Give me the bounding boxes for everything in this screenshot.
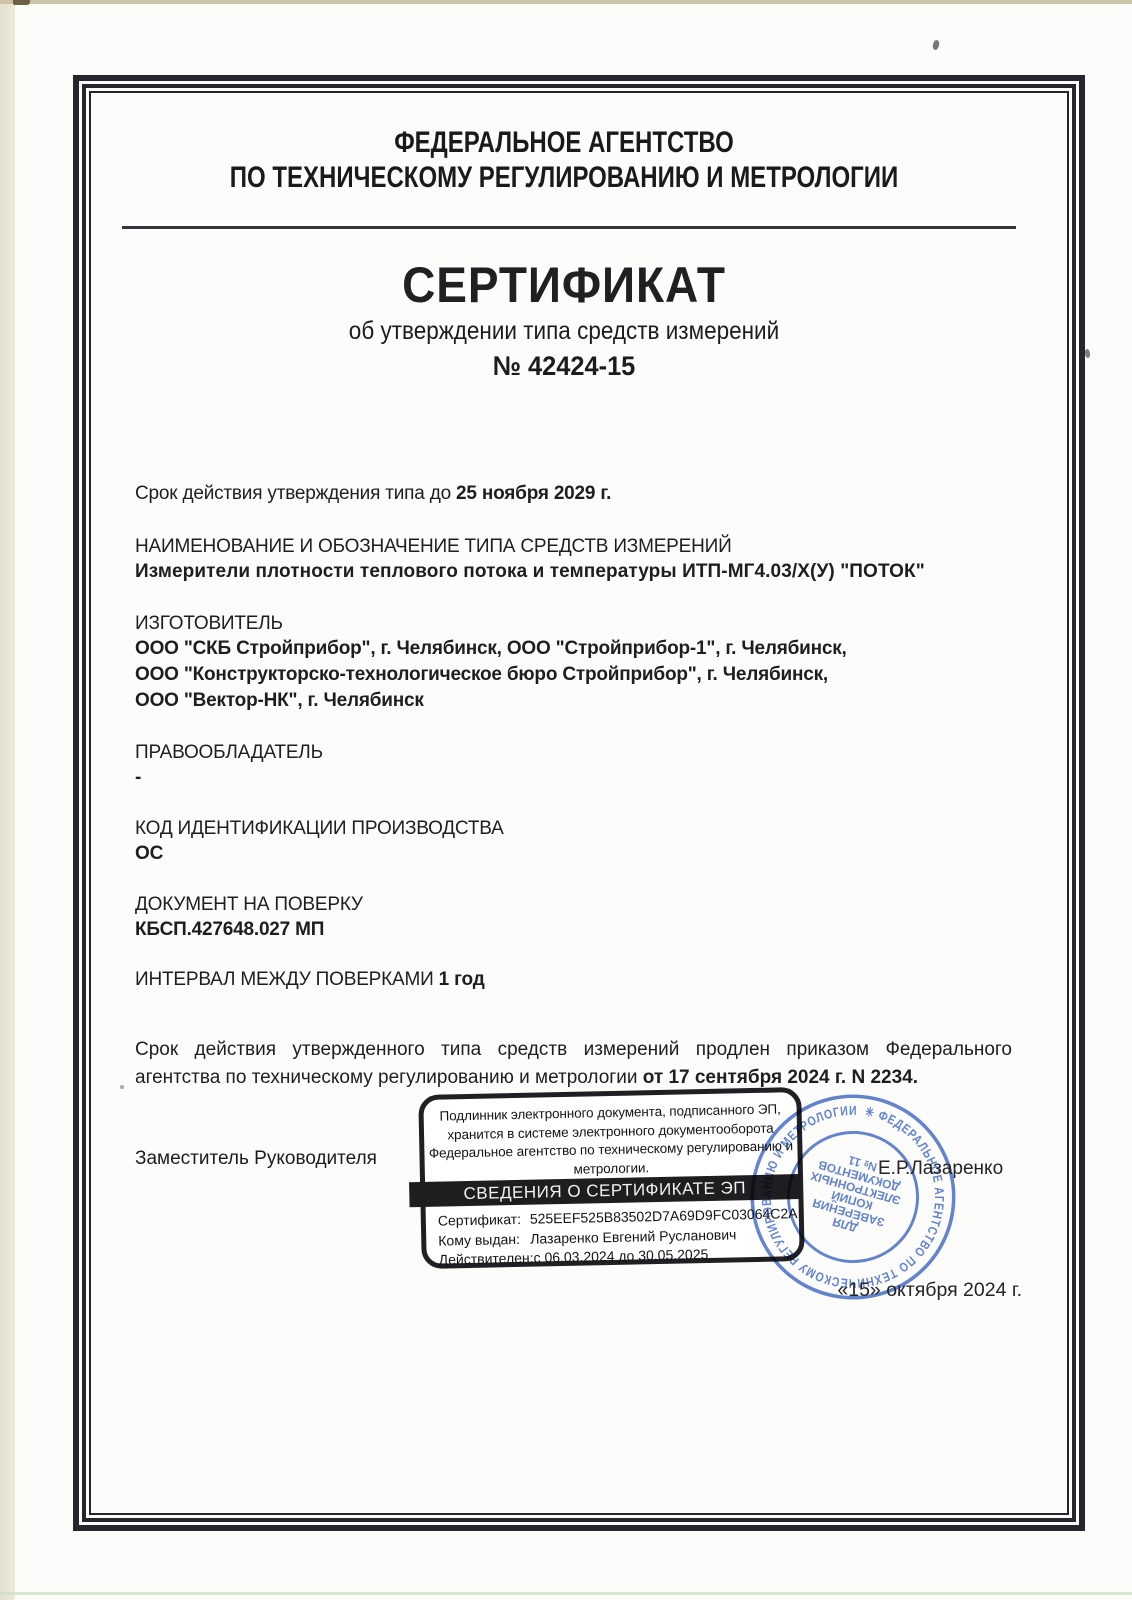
scan-corner-mark: [13, 0, 30, 5]
extension-order-date: от 17 сентября 2024 г. N 2234.: [643, 1067, 918, 1088]
extension-line1: Срок действия утвержденного типа средств…: [135, 1036, 1012, 1064]
agency-name-line2: ПО ТЕХНИЧЕСКОМУ РЕГУЛИРОВАНИЮ И МЕТРОЛОГ…: [188, 161, 940, 195]
esign-row-label: Сертификат:: [438, 1210, 530, 1231]
scan-artifact: [1084, 349, 1090, 359]
manufacturer-line: ООО "СКБ Стройприбор", г. Челябинск, ООО…: [135, 638, 1015, 660]
signer-position: Заместитель Руководителя: [135, 1148, 377, 1170]
esign-row-label: Кому выдан:: [438, 1229, 530, 1250]
validity-line: Срок действия утверждения типа до 25 ноя…: [135, 483, 1015, 505]
signature-date: «15» октября 2024 г.: [837, 1279, 1022, 1302]
production-code-value: ОС: [135, 843, 1015, 865]
interval-line: ИНТЕРВАЛ МЕЖДУ ПОВЕРКАМИ 1 год: [135, 969, 1015, 991]
extension-line2-prefix: агентства по техническому регулированию …: [135, 1067, 643, 1088]
agency-round-stamp: ✳ ФЕДЕРАЛЬНОЕ АГЕНТСТВО ПО ТЕХНИЧЕСКОМУ …: [743, 1087, 963, 1307]
validity-prefix: Срок действия утверждения типа до: [135, 483, 456, 504]
document-subtitle: об утверждении типа средств измерений: [141, 317, 987, 346]
esign-bar-title: СВЕДЕНИЯ О СЕРТИФИКАТЕ ЭП: [463, 1178, 746, 1204]
verification-doc-value: КБСП.427648.027 МП: [135, 919, 1015, 941]
production-code-label: КОД ИДЕНТИФИКАЦИИ ПРОИЗВОДСТВА: [135, 818, 1015, 840]
extension-paragraph: Срок действия утвержденного типа средств…: [135, 1036, 1012, 1092]
validity-date: 25 ноября 2029 г.: [456, 483, 611, 504]
manufacturer-label: ИЗГОТОВИТЕЛЬ: [135, 613, 1015, 635]
esign-row-label: Действителен:: [438, 1249, 533, 1270]
manufacturer-line: ООО "Вектор-НК", г. Челябинск: [135, 690, 1015, 712]
certificate-number: № 42424-15: [122, 351, 1006, 382]
esign-row-value: Лазаренко Евгений Русланович: [530, 1226, 736, 1246]
header-divider: [122, 226, 1016, 229]
esign-note: Подлинник электронного документа, подпис…: [425, 1100, 795, 1182]
signer-name: Е.Р.Лазаренко: [878, 1158, 1003, 1180]
scan-edge-top: [0, 0, 1132, 4]
interval-value: 1 год: [439, 969, 485, 990]
scan-edge-left: [0, 0, 15, 1600]
name-section-label: НАИМЕНОВАНИЕ И ОБОЗНАЧЕНИЕ ТИПА СРЕДСТВ …: [135, 536, 1015, 558]
verification-doc-label: ДОКУМЕНТ НА ПОВЕРКУ: [135, 894, 1015, 916]
document-title: СЕРТИФИКАТ: [132, 256, 997, 314]
certificate-page: ФЕДЕРАЛЬНОЕ АГЕНТСТВО ПО ТЕХНИЧЕСКОМУ РЕ…: [0, 0, 1132, 1600]
agency-name-line1: ФЕДЕРАЛЬНОЕ АГЕНТСТВО: [188, 126, 940, 160]
scan-artifact: [932, 39, 940, 50]
rights-holder-value: -: [135, 767, 1015, 789]
scan-edge-bottom: [0, 1592, 1132, 1595]
rights-holder-label: ПРАВООБЛАДАТЕЛЬ: [135, 742, 1015, 764]
manufacturer-line: ООО "Конструкторско-технологическое бюро…: [135, 664, 1015, 686]
interval-prefix: ИНТЕРВАЛ МЕЖДУ ПОВЕРКАМИ: [135, 969, 439, 990]
esign-row-value: с 06.03.2024 до 30.05.2025: [533, 1246, 708, 1266]
name-section-value: Измерители плотности теплового потока и …: [135, 561, 1015, 583]
